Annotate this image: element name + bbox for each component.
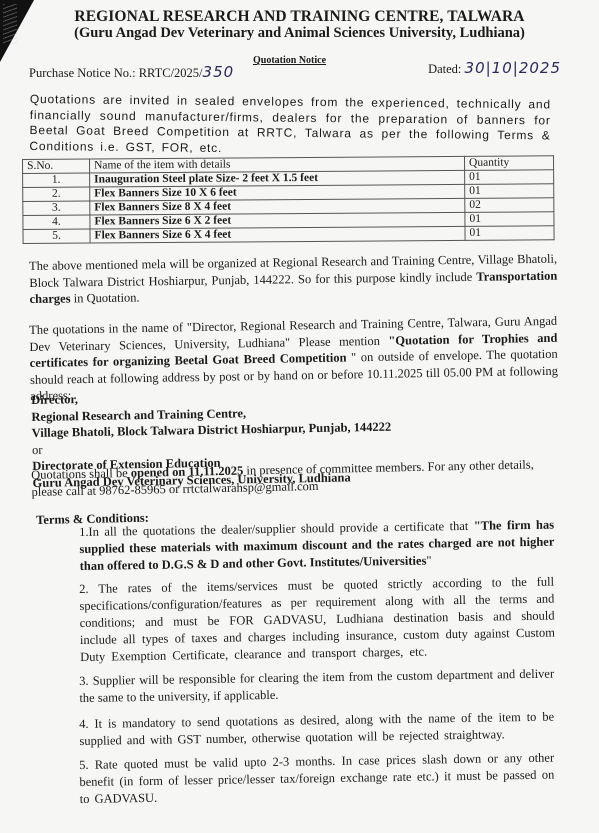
- opening-text: Quotations shall be: [31, 466, 131, 482]
- row-quantity: 01: [465, 226, 554, 241]
- intro-paragraph: Quotations are invited in sealed envelop…: [29, 92, 551, 159]
- header-quantity: Quantity: [464, 156, 553, 171]
- purchase-notice-number: Purchase Notice No.: RRTC/2025/350: [29, 63, 234, 81]
- opening-date: opened on 11.11.2025: [131, 464, 244, 480]
- items-table: S.No. Name of the item with details Quan…: [22, 155, 555, 244]
- university-subtitle: (Guru Angad Dev Veterinary and Animal Sc…: [0, 25, 599, 42]
- row-quantity: 01: [465, 184, 554, 199]
- dated: Dated: 30|10|2025: [428, 59, 561, 77]
- institution-title: REGIONAL RESEARCH AND TRAINING CENTRE, T…: [0, 8, 599, 26]
- dated-label: Dated:: [428, 62, 461, 76]
- row-sno: 3.: [23, 201, 90, 215]
- purchase-notice-label: Purchase Notice No.: RRTC/2025/: [29, 66, 203, 80]
- term-5: 5. Rate quoted must be valid upto 2-3 mo…: [79, 750, 555, 808]
- row-quantity: 02: [465, 198, 554, 213]
- quotation-notice-heading: Quotation Notice: [253, 55, 326, 66]
- table-row: 5. Flex Banners Size 6 X 4 feet 01: [23, 226, 554, 244]
- venue-paragraph: The above mentioned mela will be organiz…: [29, 251, 558, 308]
- term-1-close: ": [426, 553, 431, 567]
- row-sno: 4.: [23, 215, 90, 229]
- document-page: REGIONAL RESEARCH AND TRAINING CENTRE, T…: [0, 0, 599, 833]
- notice-line: Purchase Notice No.: RRTC/2025/350 Quota…: [29, 55, 569, 79]
- term-2: 2. The rates of the items/services must …: [79, 574, 555, 666]
- row-quantity: 01: [465, 212, 554, 227]
- row-quantity: 01: [465, 170, 554, 185]
- handwritten-date: 30|10|2025: [465, 59, 561, 77]
- row-sno: 1.: [23, 173, 90, 187]
- term-1: 1.In all the quotations the dealer/suppl…: [79, 517, 555, 575]
- row-item: Flex Banners Size 6 X 4 feet: [90, 226, 465, 243]
- term-4: 4. It is mandatory to send quotations as…: [79, 709, 554, 750]
- header-sno: S.No.: [23, 159, 90, 173]
- handwritten-number: 350: [203, 63, 235, 81]
- row-sno: 2.: [23, 187, 90, 201]
- venue-tail: in Quotation.: [70, 290, 139, 305]
- term-3: 3. Supplier will be responsible for clea…: [79, 666, 554, 707]
- row-sno: 5.: [23, 229, 90, 243]
